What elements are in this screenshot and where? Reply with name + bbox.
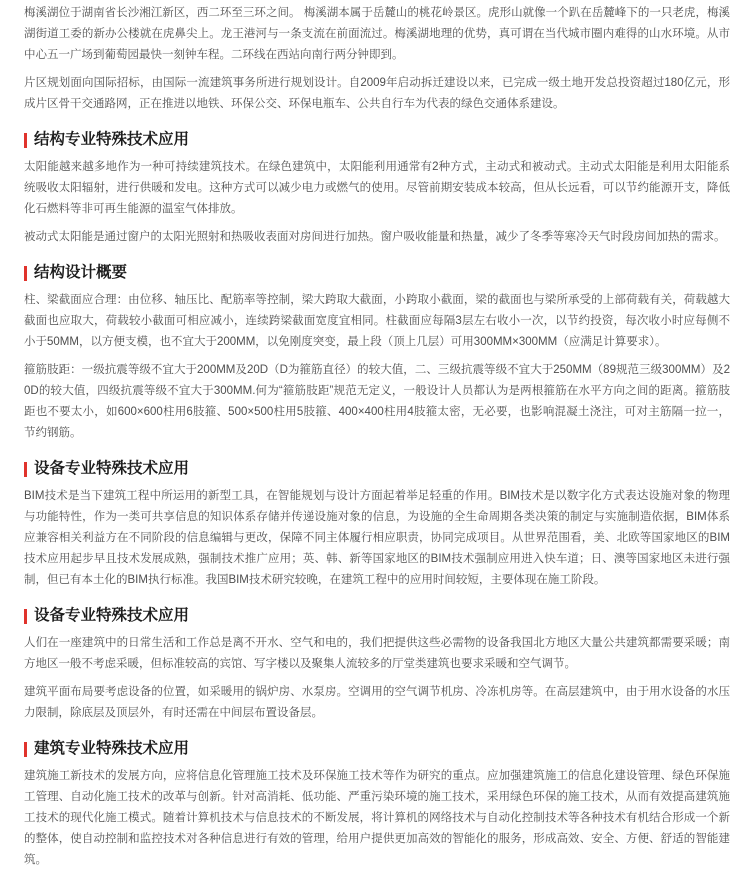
section-accent-bar: [24, 133, 27, 148]
section-accent-bar: [24, 742, 27, 757]
section-heading-architecture-special-tech: 建筑专业特殊技术应用: [24, 739, 730, 759]
section-heading-structure-special-tech: 结构专业特殊技术应用: [24, 130, 730, 150]
section-heading-structure-design-summary: 结构设计概要: [24, 263, 730, 283]
section-paragraph: 人们在一座建筑中的日常生活和工作总是离不开水、空气和电的，我们把提供这些必需物的…: [24, 633, 730, 675]
section-heading-label: 结构设计概要: [34, 263, 127, 283]
intro-paragraph: 梅溪湖位于湖南省长沙湘江新区，西二环至三环之间。 梅溪湖本属于岳麓山的桃花岭景区…: [24, 3, 730, 66]
section-paragraph: 建筑施工新技术的发展方向，应将信息化管理施工技术及环保施工技术等作为研究的重点。…: [24, 766, 730, 871]
section-paragraph: 建筑平面布局要考虑设备的位置，如采暖用的锅炉房、水泵房。空调用的空气调节机房、冷…: [24, 682, 730, 724]
section-paragraph: 被动式太阳能是通过窗户的太阳光照射和热吸收表面对房间进行加热。窗户吸收能量和热量…: [24, 227, 730, 248]
section-heading-equipment-special-tech-1: 设备专业特殊技术应用: [24, 459, 730, 479]
section-heading-label: 结构专业特殊技术应用: [34, 130, 189, 150]
section-heading-label: 建筑专业特殊技术应用: [34, 739, 189, 759]
intro-paragraph: 片区规划面向国际招标，由国际一流建筑事务所进行规划设计。自2009年启动拆迁建设…: [24, 73, 730, 115]
section-paragraph: 柱、梁截面应合理：由位移、轴压比、配筋率等控制，梁大跨取大截面，小跨取小截面，梁…: [24, 290, 730, 353]
section-heading-label: 设备专业特殊技术应用: [34, 606, 189, 626]
section-paragraph: 箍筋肢距：一级抗震等级不宜大于200MM及20D（D为箍筋直径）的较大值，二、三…: [24, 360, 730, 444]
section-heading-label: 设备专业特殊技术应用: [34, 459, 189, 479]
section-accent-bar: [24, 609, 27, 624]
section-paragraph: BIM技术是当下建筑工程中所运用的新型工具，在智能规划与设计方面起着举足轻重的作…: [24, 486, 730, 591]
section-paragraph: 太阳能越来越多地作为一种可持续建筑技术。在绿色建筑中，太阳能利用通常有2种方式，…: [24, 157, 730, 220]
article-content: 梅溪湖位于湖南省长沙湘江新区，西二环至三环之间。 梅溪湖本属于岳麓山的桃花岭景区…: [0, 0, 754, 884]
section-accent-bar: [24, 266, 27, 281]
section-heading-equipment-special-tech-2: 设备专业特殊技术应用: [24, 606, 730, 626]
section-accent-bar: [24, 462, 27, 477]
